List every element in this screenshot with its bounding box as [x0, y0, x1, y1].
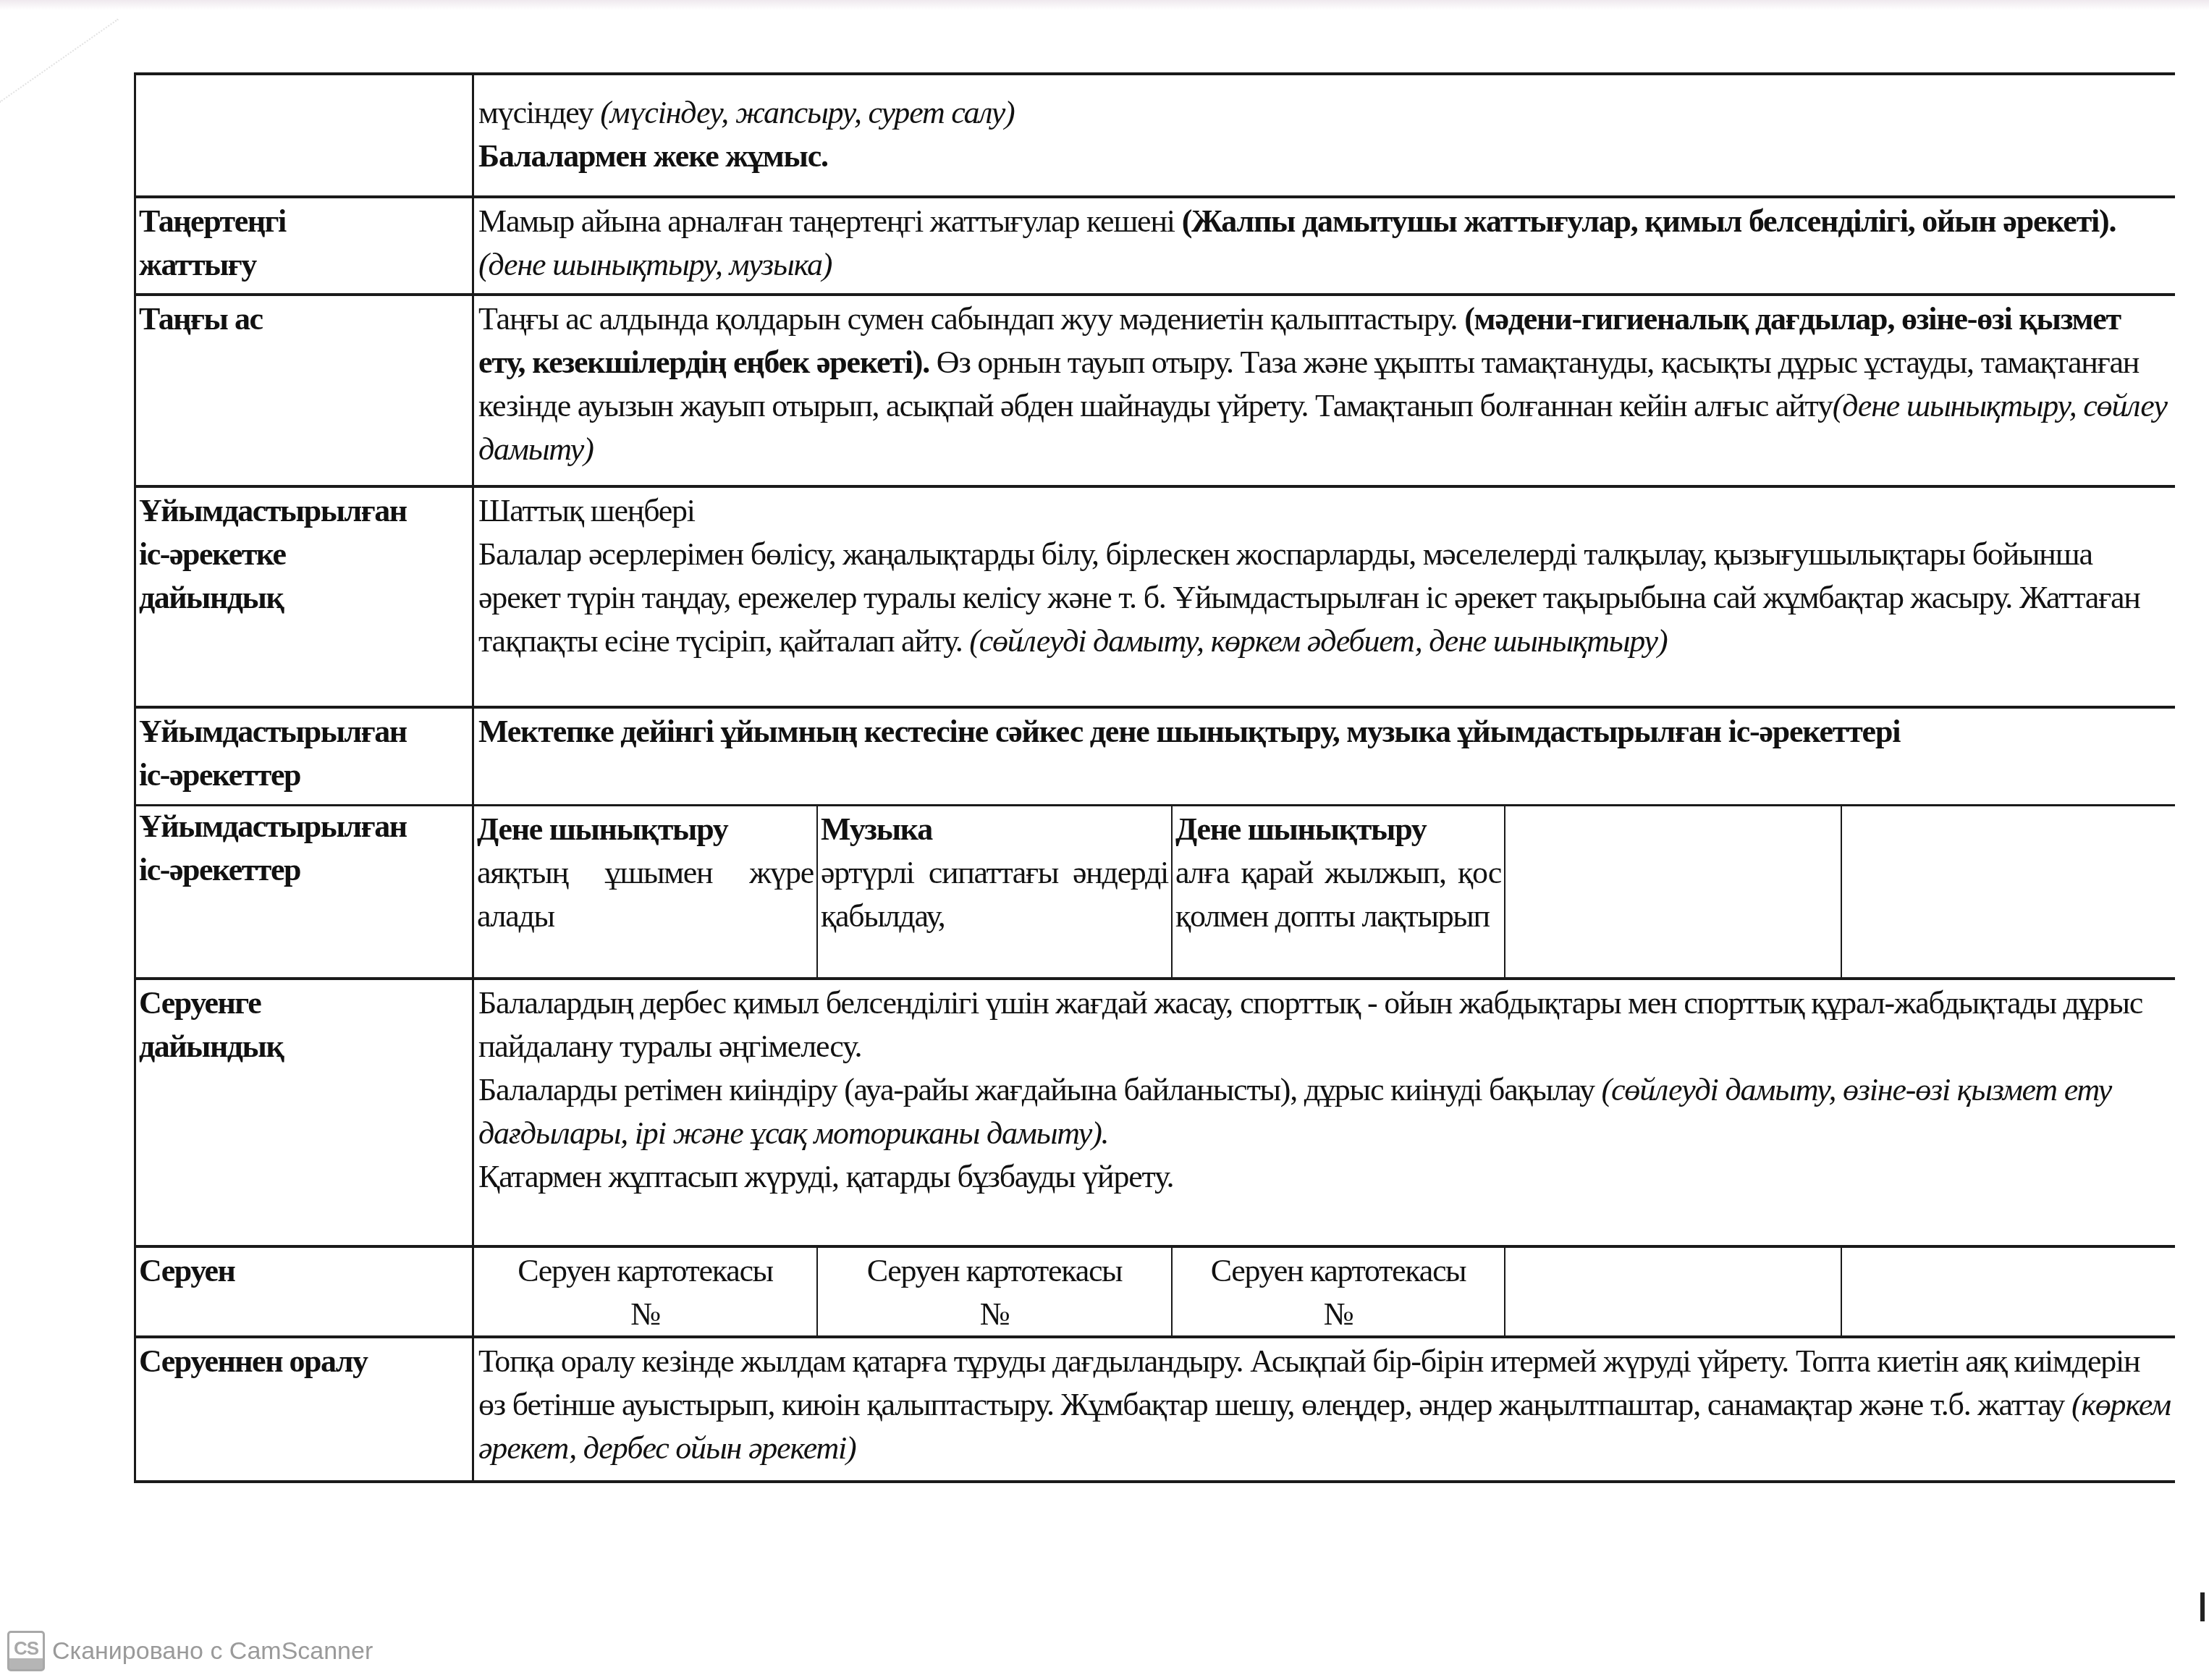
row-label: Серуен [134, 1248, 474, 1335]
row-label: Ұйымдастырылған іс-әрекетке дайындық [134, 488, 474, 706]
table-row-walk-return: Серуеннен оралу Топқа оралу кезінде жылд… [134, 1338, 2175, 1483]
table-row-activity-preparation: Ұйымдастырылған іс-әрекетке дайындық Шат… [134, 488, 2175, 709]
row-label: Таңғы ас [134, 296, 474, 485]
text-bold: Балалармен жеке жұмыс. [478, 135, 2171, 178]
row-label: Серуеннен оралу [134, 1338, 474, 1480]
walk-card-cell-2: Серуен картотекасы № [818, 1248, 1173, 1335]
day-cells: Дене шынықтыру аяқтың ұшымен жүре алады … [474, 806, 2175, 977]
day-cell-1: Дене шынықтыру аяқтың ұшымен жүре алады [474, 806, 818, 977]
day-cell-2: Музыка әртүрлі сипаттағы әндерді қабылда… [818, 806, 1173, 977]
camscanner-logo-icon: CS [7, 1631, 45, 1671]
table-row-organized-activities-days: Ұйымдастырылған іс-әрекеттер Дене шынықт… [134, 806, 2175, 980]
cell-title: Дене шынықтыру [1175, 808, 1501, 851]
text-normal: Қатармен жұптасып жүруді, қатарды бұзбау… [478, 1155, 2171, 1199]
row-label: Серуенге дайындық [134, 980, 474, 1245]
table-row-walk: Серуен Серуен картотекасы № Серуен карто… [134, 1248, 2175, 1338]
walk-card-cell-4 [1505, 1248, 1842, 1335]
row-content: Мамыр айына арналған таңертеңгі жаттығул… [474, 198, 2175, 293]
day-cell-5 [1842, 806, 2175, 977]
cell-title: Дене шынықтыру [477, 808, 814, 851]
walk-card-cell-1: Серуен картотекасы № [474, 1248, 818, 1335]
table-row-walk-preparation: Серуенге дайындық Балалардың дербес қимы… [134, 980, 2175, 1248]
table-row-organized-activities: Ұйымдастырылған іс-әрекеттер Мектепке де… [134, 709, 2175, 806]
text-normal: Таңғы ас алдында қолдарын сумен сабындап… [478, 301, 1464, 337]
row-content: Шаттық шеңбері Балалар әсерлерімен бөліс… [474, 488, 2175, 706]
cell-text: аяқтың ұшымен жүре алады [477, 851, 814, 938]
text-italic: (мүсіндеу, жапсыру, сурет салу) [600, 95, 1014, 130]
table-row-breakfast: Таңғы ас Таңғы ас алдында қолдарын сумен… [134, 296, 2175, 488]
cell-title: Музыка [821, 808, 1168, 851]
row-content: Топқа оралу кезінде жылдам қатарға тұруд… [474, 1338, 2175, 1480]
row-label: Ұйымдастырылған іс-әрекеттер [134, 709, 474, 804]
text-bold: Мектепке дейінгі ұйымның кестесіне сәйке… [478, 710, 2171, 754]
text-normal: Топқа оралу кезінде жылдам қатарға тұруд… [478, 1343, 2140, 1422]
walk-card-cell-3: Серуен картотекасы № [1173, 1248, 1505, 1335]
cell-text: алға қарай жылжып, қос қолмен допты лақт… [1175, 851, 1501, 938]
scan-fold-mark [0, 0, 119, 103]
row-label: Таңертеңгі жаттығу [134, 198, 474, 293]
row-content: Мектепке дейінгі ұйымның кестесіне сәйке… [474, 709, 2175, 804]
daily-plan-table: мүсіндеу (мүсіндеу, жапсыру, сурет салу)… [134, 72, 2175, 1483]
text-normal: Шаттық шеңбері [478, 489, 2171, 533]
day-cell-3: Дене шынықтыру алға қарай жылжып, қос қо… [1173, 806, 1505, 977]
text-normal: Балаларды ретімен киіндіру (ауа-райы жағ… [478, 1072, 1602, 1107]
row-content: Таңғы ас алдында қолдарын сумен сабындап… [474, 296, 2175, 485]
row-content: Балалардың дербес қимыл белсенділігі үші… [474, 980, 2175, 1245]
text-normal: Мамыр айына арналған таңертеңгі жаттығул… [478, 203, 1182, 239]
walk-card-cell-5 [1842, 1248, 2175, 1335]
table-row-morning-exercise: Таңертеңгі жаттығу Мамыр айына арналған … [134, 198, 2175, 296]
text-bold: (Жалпы дамытушы жаттығулар, қимыл белсен… [1182, 203, 2116, 239]
cell-text: әртүрлі сипаттағы әндерді қабылдау, [821, 851, 1168, 938]
table-row-continuation: мүсіндеу (мүсіндеу, жапсыру, сурет салу)… [134, 75, 2175, 198]
row-label: Ұйымдастырылған іс-әрекеттер [134, 803, 474, 977]
day-cell-4 [1505, 806, 1842, 977]
camscanner-watermark: CS Сканировано с CamScanner [7, 1631, 373, 1671]
text-italic: (дене шынықтыру, музыка) [478, 247, 832, 282]
walk-cells: Серуен картотекасы № Серуен картотекасы … [474, 1248, 2175, 1335]
row-content: мүсіндеу (мүсіндеу, жапсыру, сурет салу)… [474, 75, 2175, 195]
watermark-text: Сканировано с CamScanner [52, 1637, 373, 1666]
row-label [134, 75, 474, 195]
text-italic: (сөйлеуді дамыту, көркем әдебиет, дене ш… [969, 623, 1667, 659]
scan-edge-mark [2200, 1592, 2205, 1621]
scan-top-edge [0, 0, 2209, 10]
text-normal: Балалардың дербес қимыл белсенділігі үші… [478, 982, 2171, 1068]
text-normal: мүсіндеу [478, 95, 600, 130]
